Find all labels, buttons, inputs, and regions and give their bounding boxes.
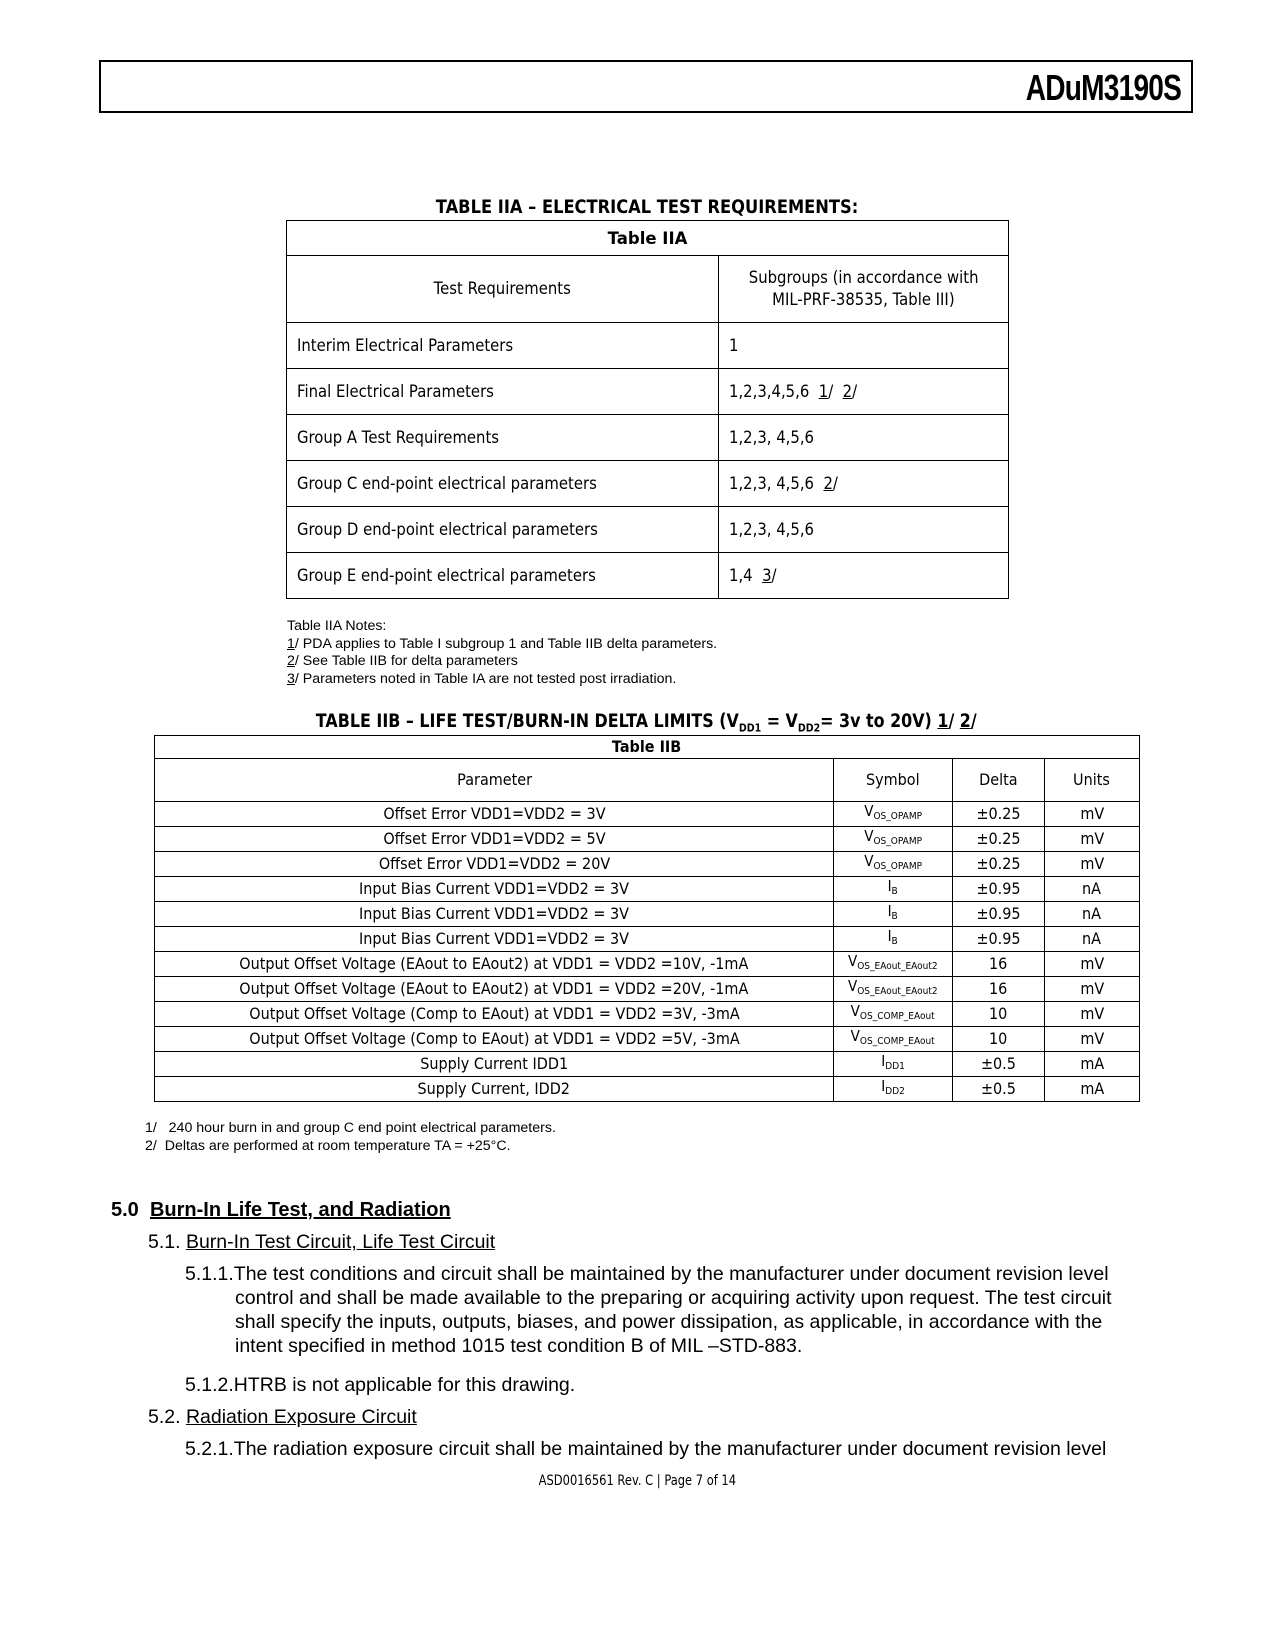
delta-cell: 10 — [952, 1002, 1044, 1027]
delta-cell: ±0.95 — [952, 902, 1044, 927]
delta-cell: ±0.25 — [952, 827, 1044, 852]
symbol-cell: IB — [834, 877, 952, 902]
units-cell: nA — [1044, 877, 1139, 902]
parameter-cell: Input Bias Current VDD1=VDD2 = 3V — [155, 902, 834, 927]
symbol-cell: VOS_OPAMP — [834, 802, 952, 827]
units-cell: nA — [1044, 902, 1139, 927]
units-cell: nA — [1044, 927, 1139, 952]
table-row: Output Offset Voltage (Comp to EAout) at… — [155, 1002, 1140, 1027]
table-row: Group C end-point electrical parameters1… — [287, 461, 1009, 507]
delta-cell: ±0.25 — [952, 852, 1044, 877]
table-iia-notes: Table IIA Notes: 1/ PDA applies to Table… — [287, 618, 717, 688]
section-5-1-heading: 5.1. Burn-In Test Circuit, Life Test Cir… — [148, 1230, 495, 1254]
units-cell: mV — [1044, 802, 1139, 827]
page-header: ADuM3190S — [99, 60, 1193, 113]
table-row: Interim Electrical Parameters1 — [287, 323, 1009, 369]
section-5-1-2: 5.1.2.HTRB is not applicable for this dr… — [185, 1373, 575, 1397]
table-row: Group D end-point electrical parameters1… — [287, 507, 1009, 553]
units-cell: mV — [1044, 1027, 1139, 1052]
delta-cell: ±0.95 — [952, 877, 1044, 902]
table-row: Output Offset Voltage (EAout to EAout2) … — [155, 977, 1140, 1002]
product-name: ADuM3190S — [1026, 65, 1181, 111]
parameter-cell: Supply Current, IDD2 — [155, 1077, 834, 1102]
note-item: 1/ PDA applies to Table I subgroup 1 and… — [287, 636, 717, 654]
column-header-subgroups: Subgroups (in accordance withMIL-PRF-385… — [719, 256, 1009, 323]
parameter-cell: Supply Current IDD1 — [155, 1052, 834, 1077]
symbol-cell: VOS_OPAMP — [834, 827, 952, 852]
subgroups-cell: 1,2,3,4,5,6 1/ 2/ — [729, 382, 857, 401]
table-row: Offset Error VDD1=VDD2 = 20VVOS_OPAMP±0.… — [155, 852, 1140, 877]
column-header-parameter: Parameter — [155, 759, 834, 802]
parameter-cell: Input Bias Current VDD1=VDD2 = 3V — [155, 927, 834, 952]
page-footer: ASD0016561 Rev. C | Page 7 of 14 — [0, 1473, 1275, 1489]
table-row: Offset Error VDD1=VDD2 = 5VVOS_OPAMP±0.2… — [155, 827, 1140, 852]
units-cell: mV — [1044, 852, 1139, 877]
symbol-cell: IDD1 — [834, 1052, 952, 1077]
note-item: 3/ Parameters noted in Table IA are not … — [287, 671, 717, 689]
requirement-cell: Group C end-point electrical parameters — [297, 474, 597, 493]
table-iib-caption: TABLE IIB – LIFE TEST/BURN-IN DELTA LIMI… — [154, 711, 1139, 735]
symbol-cell: VOS_EAout_EAout2 — [834, 952, 952, 977]
subgroups-cell: 1 — [729, 336, 738, 355]
symbol-cell: IB — [834, 927, 952, 952]
units-cell: mV — [1044, 827, 1139, 852]
table-row: Group A Test Requirements1,2,3, 4,5,6 — [287, 415, 1009, 461]
symbol-cell: VOS_COMP_EAout — [834, 1027, 952, 1052]
section-5-2-1: 5.2.1.The radiation exposure circuit sha… — [185, 1437, 1106, 1461]
delta-cell: 16 — [952, 977, 1044, 1002]
section-5-1-1-line-3: shall specify the inputs, outputs, biase… — [235, 1310, 1102, 1334]
requirement-cell: Group E end-point electrical parameters — [297, 566, 596, 585]
section-5-1-1-line-2: control and shall be made available to t… — [235, 1286, 1112, 1310]
parameter-cell: Input Bias Current VDD1=VDD2 = 3V — [155, 877, 834, 902]
requirement-cell: Group A Test Requirements — [297, 428, 499, 447]
delta-cell: 16 — [952, 952, 1044, 977]
parameter-cell: Output Offset Voltage (EAout to EAout2) … — [155, 977, 834, 1002]
parameter-cell: Output Offset Voltage (EAout to EAout2) … — [155, 952, 834, 977]
section-5-1-1: 5.1.1.The test conditions and circuit sh… — [185, 1262, 1109, 1286]
units-cell: mA — [1044, 1077, 1139, 1102]
table-iib: Table IIB Parameter Symbol Delta Units O… — [154, 735, 1140, 1102]
requirement-cell: Group D end-point electrical parameters — [297, 520, 598, 539]
table-row: Supply Current IDD1IDD1±0.5mA — [155, 1052, 1140, 1077]
parameter-cell: Output Offset Voltage (Comp to EAout) at… — [155, 1002, 834, 1027]
table-row: Group E end-point electrical parameters1… — [287, 553, 1009, 599]
units-cell: mV — [1044, 1002, 1139, 1027]
delta-cell: ±0.95 — [952, 927, 1044, 952]
requirement-cell: Final Electrical Parameters — [297, 382, 494, 401]
delta-cell: ±0.5 — [952, 1052, 1044, 1077]
delta-cell: ±0.5 — [952, 1077, 1044, 1102]
symbol-cell: VOS_OPAMP — [834, 852, 952, 877]
parameter-cell: Offset Error VDD1=VDD2 = 20V — [155, 852, 834, 877]
note-item: 1/ 240 hour burn in and group C end poin… — [145, 1119, 556, 1137]
table-row: Offset Error VDD1=VDD2 = 3VVOS_OPAMP±0.2… — [155, 802, 1140, 827]
table-row: Output Offset Voltage (Comp to EAout) at… — [155, 1027, 1140, 1052]
table-iia-title: Table IIA — [287, 221, 1009, 256]
requirement-cell: Interim Electrical Parameters — [297, 336, 513, 355]
table-row: Input Bias Current VDD1=VDD2 = 3VIB±0.95… — [155, 927, 1140, 952]
parameter-cell: Offset Error VDD1=VDD2 = 5V — [155, 827, 834, 852]
subgroups-cell: 1,2,3, 4,5,6 2/ — [729, 474, 838, 493]
table-iib-notes: 1/ 240 hour burn in and group C end poin… — [145, 1119, 556, 1155]
section-5-heading: 5.0 Burn-In Life Test, and Radiation — [111, 1198, 451, 1222]
table-iia: Table IIA Test Requirements Subgroups (i… — [286, 220, 1009, 599]
notes-title: Table IIA Notes: — [287, 618, 717, 636]
subgroups-cell: 1,2,3, 4,5,6 — [729, 428, 814, 447]
units-cell: mV — [1044, 952, 1139, 977]
parameter-cell: Output Offset Voltage (Comp to EAout) at… — [155, 1027, 834, 1052]
symbol-cell: IDD2 — [834, 1077, 952, 1102]
units-cell: mA — [1044, 1052, 1139, 1077]
table-row: Output Offset Voltage (EAout to EAout2) … — [155, 952, 1140, 977]
column-header-units: Units — [1044, 759, 1139, 802]
table-row: Input Bias Current VDD1=VDD2 = 3VIB±0.95… — [155, 877, 1140, 902]
delta-cell: ±0.25 — [952, 802, 1044, 827]
table-iib-title: Table IIB — [155, 736, 1140, 759]
table-row: Supply Current, IDD2IDD2±0.5mA — [155, 1077, 1140, 1102]
note-item: 2/ Deltas are performed at room temperat… — [145, 1137, 556, 1155]
delta-cell: 10 — [952, 1027, 1044, 1052]
column-header-delta: Delta — [952, 759, 1044, 802]
subgroups-cell: 1,2,3, 4,5,6 — [729, 520, 814, 539]
subgroups-cell: 1,4 3/ — [729, 566, 777, 585]
table-row: Input Bias Current VDD1=VDD2 = 3VIB±0.95… — [155, 902, 1140, 927]
parameter-cell: Offset Error VDD1=VDD2 = 3V — [155, 802, 834, 827]
table-iia-caption: TABLE IIA – ELECTRICAL TEST REQUIREMENTS… — [329, 197, 964, 218]
symbol-cell: IB — [834, 902, 952, 927]
table-row: Final Electrical Parameters1,2,3,4,5,6 1… — [287, 369, 1009, 415]
symbol-cell: VOS_EAout_EAout2 — [834, 977, 952, 1002]
section-5-1-1-line-4: intent specified in method 1015 test con… — [235, 1334, 802, 1358]
section-5-2-heading: 5.2. Radiation Exposure Circuit — [148, 1405, 417, 1429]
symbol-cell: VOS_COMP_EAout — [834, 1002, 952, 1027]
units-cell: mV — [1044, 977, 1139, 1002]
column-header-symbol: Symbol — [834, 759, 952, 802]
note-item: 2/ See Table IIB for delta parameters — [287, 653, 717, 671]
column-header-test-requirements: Test Requirements — [287, 256, 719, 323]
